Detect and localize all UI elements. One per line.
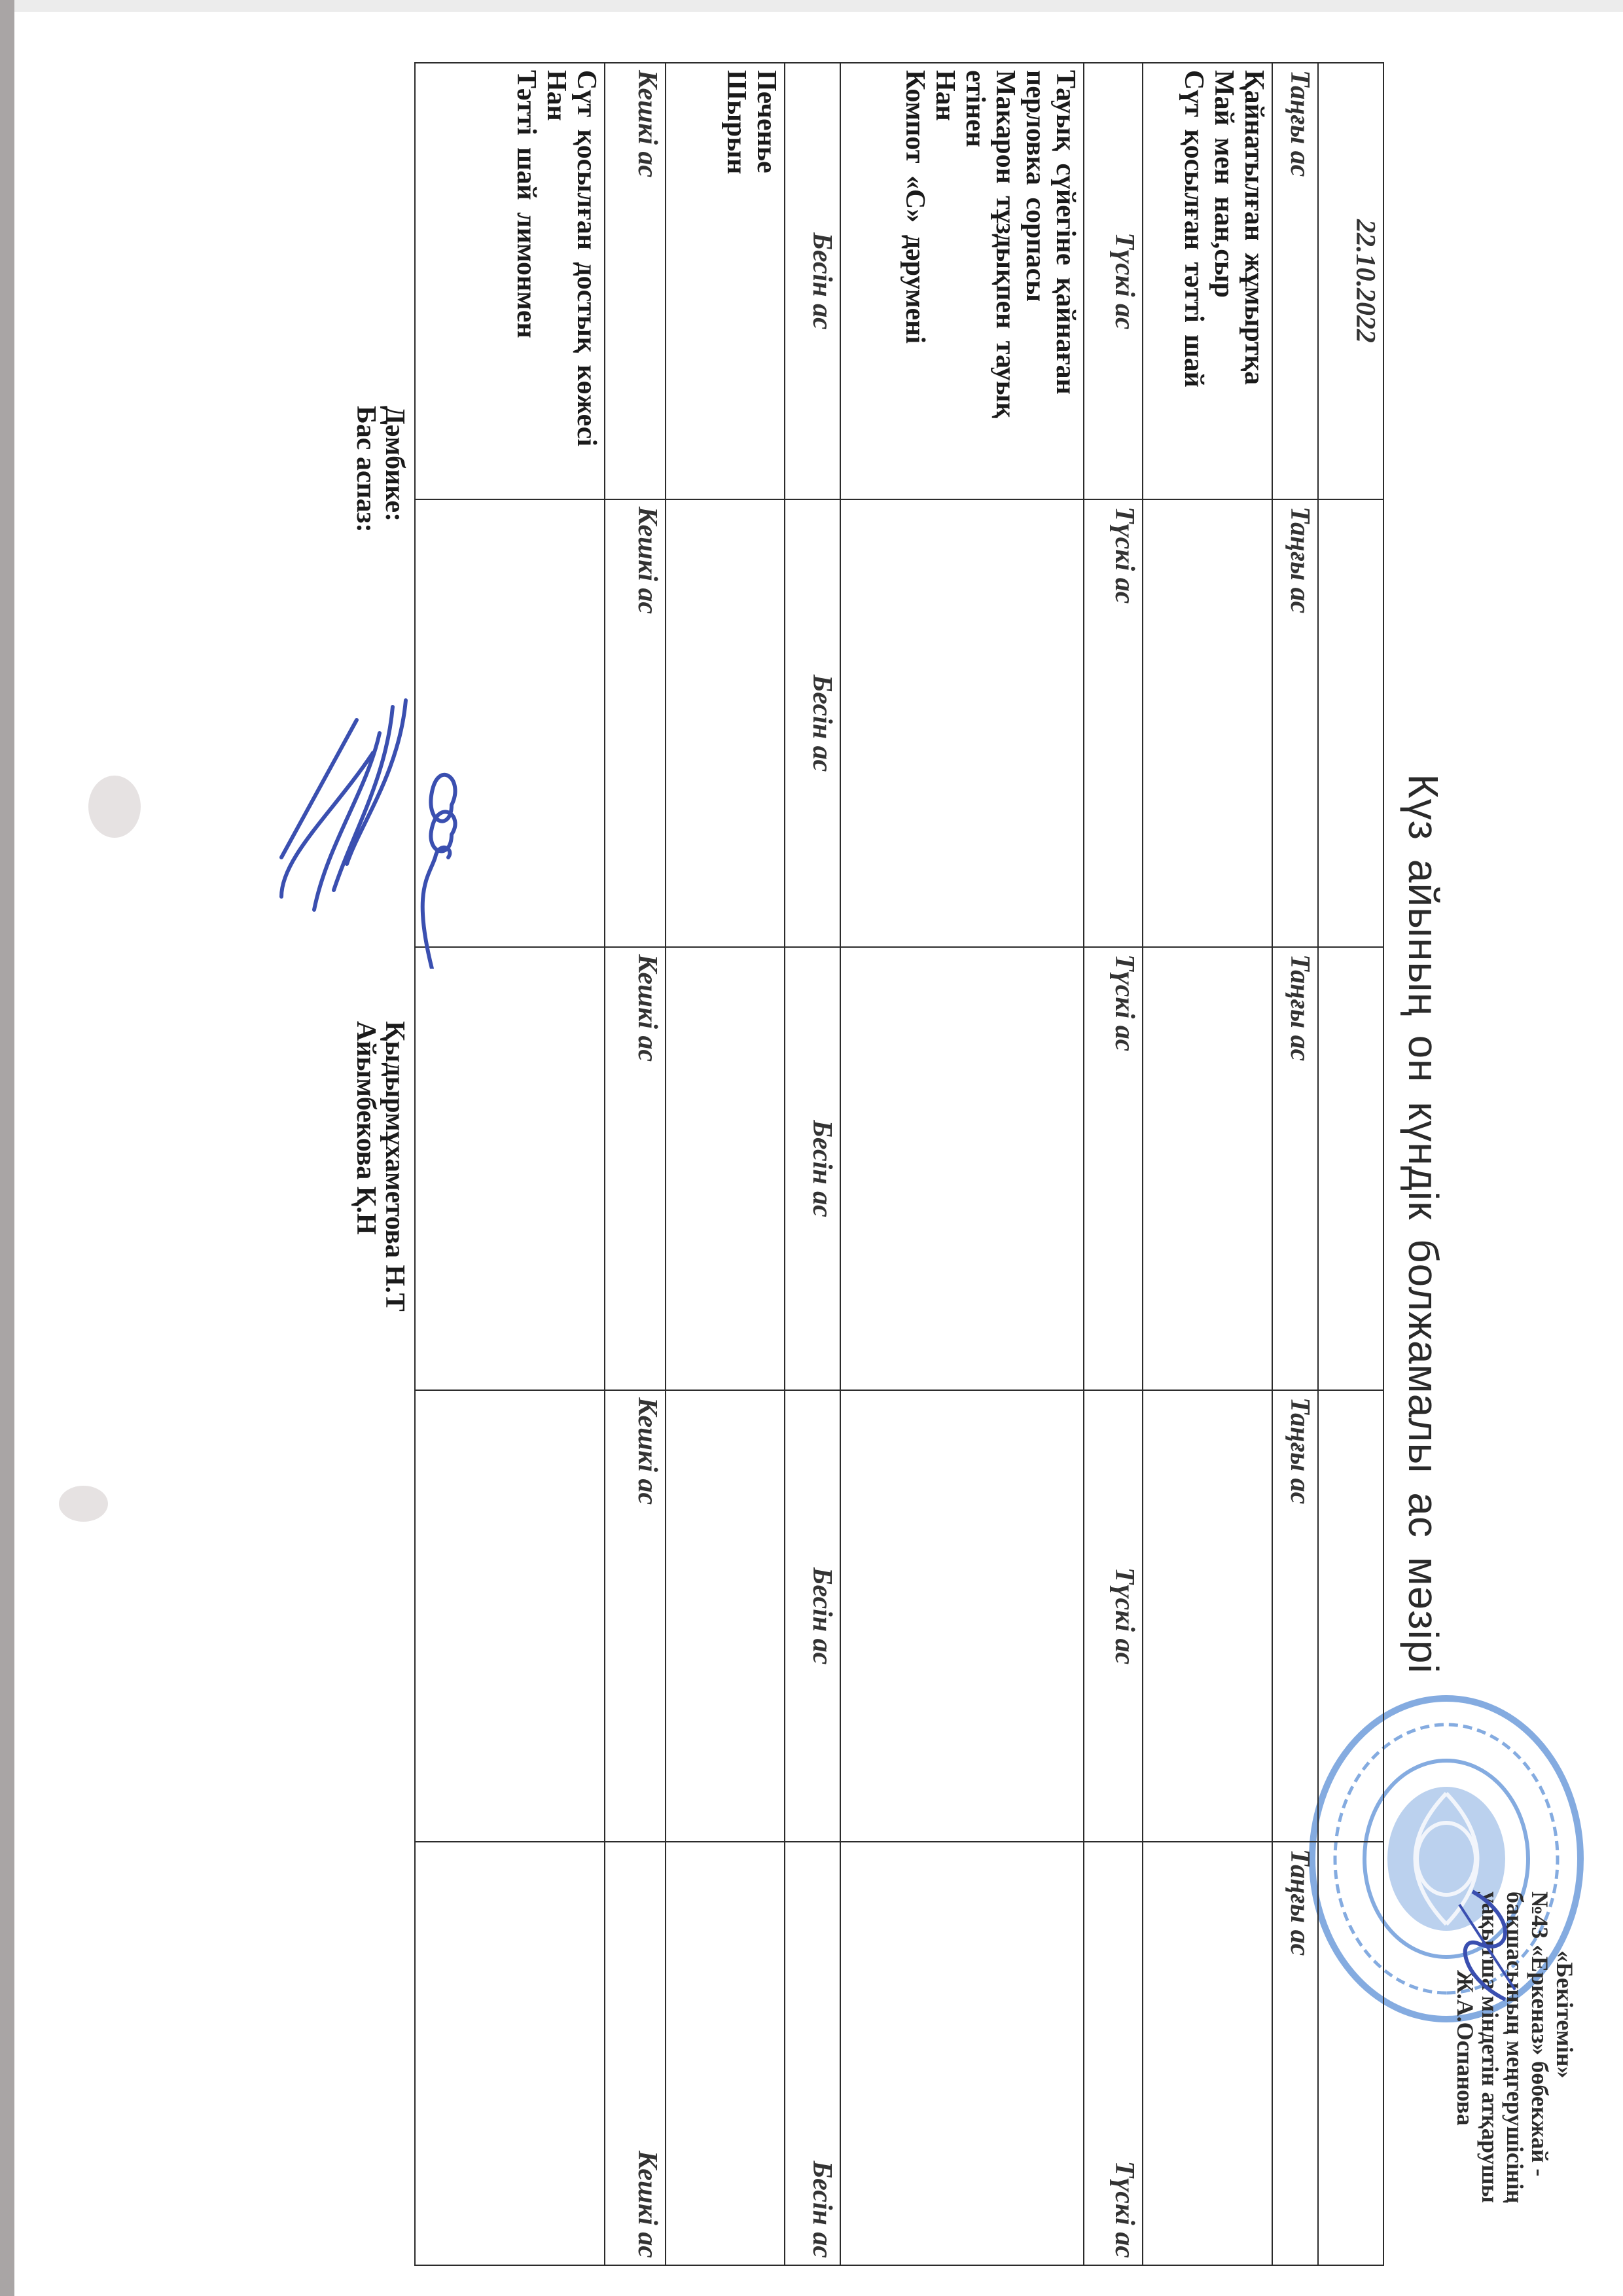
snack-label: Бесін ас xyxy=(785,499,840,947)
menu-item: Май мен нан,сыр xyxy=(1209,70,1239,492)
date-cell xyxy=(1318,1842,1383,2265)
breakfast-items xyxy=(1143,1390,1272,1842)
menu-item: Сүт қосылған тәтті шай xyxy=(1179,70,1209,492)
approval-line: «Бекітемін» xyxy=(1552,1892,1577,2296)
table-row-dinner-items: Сүт қосылған достық көжесі Нан Тәтті шай… xyxy=(415,63,605,2265)
menu-table: 22.10.2022 Таңғы ас Таңғы ас Таңғы ас Та… xyxy=(414,62,1384,2266)
table-row-date: 22.10.2022 xyxy=(1318,63,1383,2265)
table-row-dinner-header: Кешкі ас Кешкі ас Кешкі ас Кешкі ас Кешк… xyxy=(605,63,666,2265)
menu-item: Нан xyxy=(930,70,960,492)
menu-item: Қайнатылған жұмыртқа xyxy=(1239,70,1269,492)
role-label: Бас аспаз: xyxy=(351,406,380,533)
dinner-label: Кешкі ас xyxy=(605,1390,666,1842)
signer-name: Айымбекова Қ.Н xyxy=(351,1021,380,1312)
dinner-label: Кешкі ас xyxy=(605,1842,666,2265)
breakfast-label: Таңғы ас xyxy=(1272,499,1318,947)
table-row-snack-header: Бесін ас Бесін ас Бесін ас Бесін ас Бесі… xyxy=(785,63,840,2265)
lunch-items xyxy=(840,1842,1084,2265)
director-signature-icon xyxy=(1440,1878,1531,2009)
snack-items xyxy=(666,947,785,1390)
snack-label: Бесін ас xyxy=(785,1390,840,1842)
role-label: Дәмбике: xyxy=(380,406,409,533)
menu-item: Печенье xyxy=(751,70,781,492)
lunch-label: Түскі ас xyxy=(1084,1390,1143,1842)
table-row-breakfast-header: Таңғы ас Таңғы ас Таңғы ас Таңғы ас Таңғ… xyxy=(1272,63,1318,2265)
menu-item: Макарон тұздықпен тауық етінен xyxy=(960,70,1020,492)
lunch-items xyxy=(840,499,1084,947)
table-row-lunch-items: Тауық сүйегіне қайнаған перловка сорпасы… xyxy=(840,63,1084,2265)
rotated-document-page: Күз айының он күндік болжамалы ас мәзірі… xyxy=(0,0,1623,2296)
dinner-items xyxy=(415,1390,605,1842)
table-row-snack-items: Печенье Шырын xyxy=(666,63,785,2265)
lunch-items: Тауық сүйегіне қайнаған перловка сорпасы… xyxy=(840,63,1084,499)
lunch-label: Түскі ас xyxy=(1084,1842,1143,2265)
date-cell xyxy=(1318,947,1383,1390)
dinner-items xyxy=(415,947,605,1390)
breakfast-label: Таңғы ас xyxy=(1272,63,1318,499)
lunch-label: Түскі ас xyxy=(1084,63,1143,499)
date-cell xyxy=(1318,1390,1383,1842)
snack-label: Бесін ас xyxy=(785,63,840,499)
document-title: Күз айының он күндік болжамалы ас мәзірі xyxy=(1399,668,1448,1780)
snack-items xyxy=(666,1390,785,1842)
lunch-items xyxy=(840,947,1084,1390)
dinner-label: Кешкі ас xyxy=(605,63,666,499)
dinner-items: Сүт қосылған достық көжесі Нан Тәтті шай… xyxy=(415,63,605,499)
date-cell: 22.10.2022 xyxy=(1318,63,1383,499)
breakfast-label: Таңғы ас xyxy=(1272,1390,1318,1842)
snack-items xyxy=(666,1842,785,2265)
date-cell xyxy=(1318,499,1383,947)
breakfast-items xyxy=(1143,1842,1272,2265)
menu-item: Компот «С» дәрумені xyxy=(900,70,930,492)
snack-label: Бесін ас xyxy=(785,1842,840,2265)
paper-blemish xyxy=(88,776,141,838)
table-row-breakfast-items: Қайнатылған жұмыртқа Май мен нан,сыр Сүт… xyxy=(1143,63,1272,2265)
signature-names: Қыдырмұхаметова Н.Т Айымбекова Қ.Н xyxy=(351,1021,409,1312)
signature-roles: Дәмбике: Бас аспаз: xyxy=(351,406,409,533)
dinner-items xyxy=(415,1842,605,2265)
breakfast-items xyxy=(1143,947,1272,1390)
dinner-label: Кешкі ас xyxy=(605,499,666,947)
breakfast-items xyxy=(1143,499,1272,947)
lunch-items xyxy=(840,1390,1084,1842)
menu-item: Сүт қосылған достық көжесі xyxy=(571,70,601,492)
breakfast-label: Таңғы ас xyxy=(1272,1842,1318,2265)
menu-item: Тауық сүйегіне қайнаған перловка сорпасы xyxy=(1020,70,1080,492)
snack-items xyxy=(666,499,785,947)
snack-items: Печенье Шырын xyxy=(666,63,785,499)
dinner-label: Кешкі ас xyxy=(605,947,666,1390)
snack-label: Бесін ас xyxy=(785,947,840,1390)
lunch-label: Түскі ас xyxy=(1084,499,1143,947)
lunch-label: Түскі ас xyxy=(1084,947,1143,1390)
breakfast-items: Қайнатылған жұмыртқа Май мен нан,сыр Сүт… xyxy=(1143,63,1272,499)
menu-item: Нан xyxy=(541,70,571,492)
paper-blemish xyxy=(59,1486,108,1522)
table-row-lunch-header: Түскі ас Түскі ас Түскі ас Түскі ас Түск… xyxy=(1084,63,1143,2265)
breakfast-label: Таңғы ас xyxy=(1272,947,1318,1390)
signer-name: Қыдырмұхаметова Н.Т xyxy=(380,1021,409,1312)
menu-item: Шырын xyxy=(721,70,751,492)
handwritten-signature-icon xyxy=(262,694,478,969)
menu-item: Тәтті шай лимонмен xyxy=(511,70,541,492)
